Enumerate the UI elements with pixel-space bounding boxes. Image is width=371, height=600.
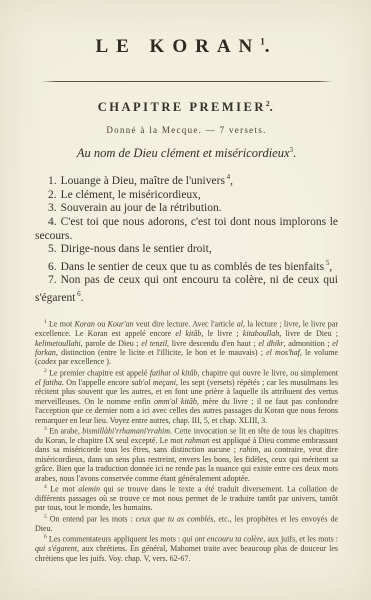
verse: 4.C'est toi que nous adorons, c'est toi … — [35, 216, 338, 243]
footnote-text: , aux chrétiens. En général, Mahomet tra… — [35, 544, 338, 562]
footnote-marker: 2 — [44, 368, 47, 374]
verse-number: 3. — [48, 202, 61, 214]
footnote-text: Le mot — [49, 320, 74, 329]
footnote-ref: 6 — [75, 290, 80, 298]
footnote: 1 Le mot Koran ou Kour'an veut dire lect… — [35, 318, 338, 367]
verse: 2.Le clément, le miséricordieux, — [35, 189, 338, 203]
book-title-period: . — [265, 36, 278, 57]
footnote-term: ceux que tu as comblés — [136, 515, 214, 524]
footnote-text: ou — [95, 320, 108, 329]
verse: 1.Louange à Dieu, maître de l'univers 4, — [35, 171, 338, 188]
footnote-ref: 4 — [225, 173, 230, 181]
footnote-term: qui s'égarent — [35, 544, 77, 553]
chapter-subtitle: Donné à la Mecque. — 7 versets. — [35, 125, 338, 135]
verse: 5.Dirige-nous dans le sentier droit, — [35, 243, 338, 257]
footnote-text: , admonition ; — [284, 339, 333, 348]
footnote-term: kelimetoullahi — [35, 339, 81, 348]
footnote-ref: 5 — [324, 259, 329, 267]
footnote-text: , parole de Dieu ; — [81, 339, 142, 348]
chapter-heading: CHAPITRE PREMIER2. — [35, 99, 338, 115]
footnote-term: qui ont encouru ta colère — [182, 535, 263, 544]
verse: 6.Dans le sentier de ceux que tu as comb… — [35, 257, 338, 274]
footnote: 6 Les commentateurs appliquent les mots … — [35, 533, 338, 563]
verse-number: 6. — [48, 261, 61, 273]
footnote-text: , aux juifs, et les mots : — [263, 535, 338, 544]
footnote: 3 En arabe, bismillàhi'rrhamani'rrahim. … — [35, 425, 338, 483]
footnote-marker: 1 — [44, 319, 47, 325]
footnote-text: , chapitre qui ouvre le livre, ou simple… — [198, 368, 338, 377]
footnote-text: , livre descendu d'en haut ; — [167, 339, 258, 348]
footnote-term: Koran — [74, 320, 94, 329]
verse-number: 2. — [48, 189, 61, 201]
footnote-text: Le mot — [50, 485, 78, 494]
footnote-term: rahman — [185, 436, 210, 445]
basmala-line: Au nom de Dieu clément et miséricordieux… — [35, 146, 338, 161]
footnote-text: , distinction (entre le licite et l'illi… — [56, 348, 266, 357]
footnote-term: fatihat ol kitâb — [150, 368, 198, 377]
footnotes: 1 Le mot Koran ou Kour'an veut dire lect… — [35, 318, 338, 563]
title-divider — [41, 81, 333, 82]
footnote-marker: 6 — [44, 534, 47, 540]
footnote-term: alemin — [78, 485, 100, 494]
footnote-term: Kour'an — [107, 320, 133, 329]
footnote-marker: 5 — [44, 514, 47, 520]
footnote-text: Le premier chapitre est appelé — [49, 368, 150, 377]
verse-number: 1. — [48, 175, 61, 187]
footnote-term: rahim — [239, 445, 258, 454]
verse-number: 7. — [48, 274, 61, 286]
footnote-term: codex — [38, 357, 57, 366]
verse-number: 5. — [48, 243, 61, 255]
verse: 7.Non pas de ceux qui ont encouru ta col… — [35, 274, 338, 305]
footnote-term: el mos'haf — [266, 348, 300, 357]
footnote-marker: 4 — [44, 484, 47, 490]
footnote-text: Les commentateurs appliquent les mots : — [49, 535, 182, 544]
footnote: 2 Le premier chapitre est appelé fatihat… — [35, 367, 338, 425]
footnote-term: sab'ol meçani — [131, 378, 176, 387]
book-title-text: LE KORAN — [95, 36, 260, 57]
footnote-term: el fatiha — [35, 378, 62, 387]
footnote-text: En arabe, — [49, 427, 82, 436]
verse-number: 4. — [48, 216, 61, 228]
verse-list: 1.Louange à Dieu, maître de l'univers 4,… — [35, 171, 338, 305]
basmala-period: . — [293, 146, 296, 160]
footnote-term: el tenzil — [141, 339, 167, 348]
footnote-text: , le livre ; — [201, 329, 242, 338]
basmala-text: Au nom de Dieu clément et miséricordieux — [77, 146, 290, 160]
footnote-term: omm'ol kitâb — [154, 397, 197, 406]
footnote: 5 On entend par les mots : ceux que tu a… — [35, 513, 338, 533]
chapter-heading-text: CHAPITRE PREMIER — [98, 100, 266, 114]
book-page: LE KORAN1. CHAPITRE PREMIER2. Donné à la… — [0, 0, 371, 600]
book-title: LE KORAN1. — [35, 36, 338, 58]
footnote: 4 Le mot alemin qui se trouve dans le te… — [35, 483, 338, 513]
footnote-text: On entend par les mots : — [50, 515, 136, 524]
footnote-text: , livre de Dieu ; — [279, 329, 338, 338]
footnote-term: kitaboullah — [243, 329, 279, 338]
footnote-term: bismillàhi'rrhamani'rrahim — [82, 427, 170, 436]
footnote-term: el kitâb — [175, 329, 201, 338]
footnote-text: par excellence ). — [56, 357, 111, 366]
footnote-term: el dhikr — [258, 339, 283, 348]
verse: 3.Souverain au jour de la rétribution. — [35, 202, 338, 216]
chapter-heading-period: . — [270, 100, 276, 114]
footnote-text: veut dire lecture. Avec l'article — [134, 320, 237, 329]
footnote-marker: 3 — [44, 426, 47, 432]
footnote-text: . On l'appelle encore — [62, 378, 132, 387]
